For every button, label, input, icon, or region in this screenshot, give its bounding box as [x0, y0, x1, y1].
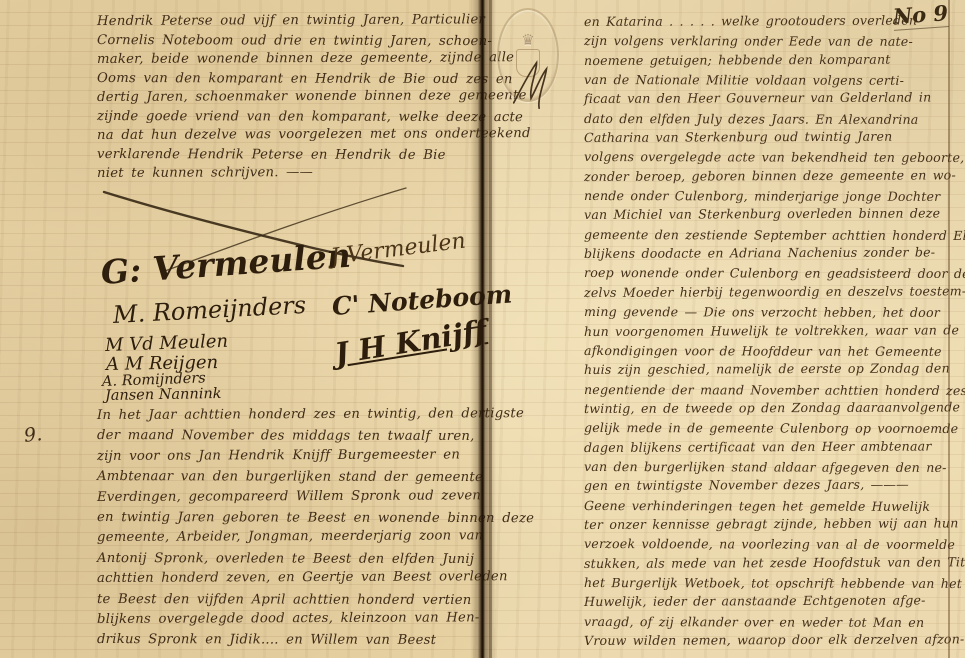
manuscript-line: Catharina van Sterkenburg oud twintig Ja…: [584, 126, 961, 147]
manuscript-line: dertig Jaren, schoenmaker wonende binnen…: [97, 86, 482, 107]
act-margin-number: 9.: [23, 423, 43, 447]
manuscript-line: en Katarina . . . . . welke grootouders …: [584, 10, 961, 31]
signature: G: Vermeulen: [100, 236, 352, 292]
manuscript-line: na dat hun dezelve was voorgelezen met o…: [97, 124, 482, 145]
manuscript-line: achttien honderd zeven, en Geertje van B…: [97, 568, 483, 590]
manuscript-line: blijkens doodacte en Adriana Nachenius z…: [584, 242, 961, 263]
manuscript-line: Huwelijk, ieder der aanstaande Echtgenot…: [584, 591, 961, 612]
manuscript-line: ter onzer kennisse gebragt zijnde, hebbe…: [584, 513, 961, 534]
signature: C' Noteboom: [331, 279, 513, 321]
manuscript-line: Ambtenaar van den burgerlijken stand der…: [97, 467, 483, 488]
manuscript-line: zelvs Moeder hierbij tegenwoordig en des…: [584, 281, 961, 302]
manuscript-line: zonder beroep, geboren binnen deze gemee…: [584, 165, 961, 186]
manuscript-line: zijn voor ons Jan Hendrik Knijff Burgeme…: [97, 445, 483, 467]
manuscript-line: verzoek voldoende, na voorlezing van al …: [584, 534, 961, 554]
signature: Jansen Nannink: [105, 386, 222, 404]
manuscript-line: van Michiel van Sterkenburg overleden bi…: [584, 204, 961, 225]
manuscript-line: noemene getuigen; hebbende den komparant: [584, 49, 961, 70]
manuscript-line: gemeente, Arbeider, Jongman, meerderjari…: [97, 527, 483, 549]
manuscript-line: gen en twintigste November dezes Jaars, …: [584, 475, 961, 496]
coat-of-arms-shield-icon: [516, 49, 540, 77]
manuscript-line: Hendrik Peterse oud vijf en twintig Jare…: [97, 10, 482, 31]
manuscript-line: dagen blijkens certificaat van den Heer …: [584, 436, 961, 457]
manuscript-line: huis zijn geschied, namelijk de eerste o…: [584, 359, 961, 380]
manuscript-line: niet te kunnen schrijven. ——: [97, 162, 482, 183]
manuscript-line: stukken, als mede van het zesde Hoofdstu…: [584, 552, 961, 573]
manuscript-line: Vrouw wilden nemen, waarop door elk derz…: [584, 629, 961, 650]
crown-icon: ♛: [521, 33, 534, 47]
signatures-block: G: VermeulenJ VermeulenM. RomeijndersC' …: [97, 245, 483, 415]
manuscript-line: ficaat van den Heer Gouverneur van Gelde…: [584, 88, 961, 109]
embossed-crown-tax-seal-icon: ♛: [497, 8, 559, 102]
manuscript-scan: Hendrik Peterse oud vijf en twintig Jare…: [0, 0, 965, 658]
signature: M. Romeijnders: [112, 291, 306, 329]
manuscript-line: gelijk mede in de gemeente Culenborg op …: [584, 418, 961, 438]
signature: J H Knijff: [332, 313, 489, 371]
manuscript-line: hun voorgenomen Huwelijk te voltrekken, …: [584, 320, 961, 341]
left-page-opening-paragraph: Hendrik Peterse oud vijf en twintig Jare…: [97, 12, 482, 183]
right-page-paragraph: en Katarina . . . . . welke grootouders …: [584, 12, 961, 650]
signature: J Vermeulen: [329, 229, 467, 270]
manuscript-line: twintig, en de tweede op den Zondag daar…: [584, 397, 961, 418]
manuscript-line: Everdingen, gecompareerd Willem Spronk o…: [97, 486, 483, 508]
manuscript-line: maker, beide wonende binnen deze gemeent…: [97, 48, 482, 69]
manuscript-line: In het Jaar achttien honderd zes en twin…: [97, 404, 483, 426]
left-page-act-paragraph: In het Jaar achttien honderd zes en twin…: [97, 406, 483, 651]
manuscript-line: drikus Spronk en Jidik.... en Willem van…: [97, 630, 483, 651]
manuscript-line: blijkens overgelegde dood actes, kleinzo…: [97, 608, 483, 630]
manuscript-line: ming gevende — Die ons verzocht hebben, …: [584, 302, 961, 322]
